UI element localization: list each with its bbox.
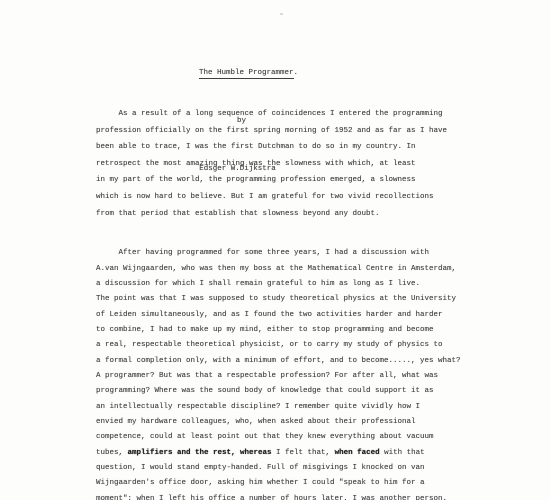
text-line: As a result of a long sequence of coinci…	[96, 106, 496, 123]
text-line: moment"; when I left his office a number…	[96, 492, 496, 500]
scan-artifact	[163, 295, 165, 297]
document-page: The Humble Programmer. by Edsger W.Dijks…	[0, 0, 550, 500]
text-line: The point was that I was supposed to stu…	[96, 292, 496, 307]
text-line: Wijngaarden's office door, asking him wh…	[96, 476, 496, 491]
text-line: in my part of the world, the programming…	[96, 172, 496, 189]
text-line: A programmer? But was that a respectable…	[96, 369, 496, 384]
text-line: profession officially on the first sprin…	[96, 123, 496, 140]
text-line: a real, respectable theoretical physicis…	[96, 338, 496, 353]
document-body: As a result of a long sequence of coinci…	[96, 106, 496, 500]
text-line: programming? Where was the sound body of…	[96, 384, 496, 399]
text-line: question, I would stand empty-handed. Fu…	[96, 461, 496, 476]
text-line: from that period that establish that slo…	[96, 206, 496, 223]
text-line: a formal completion only, with a minimum…	[96, 354, 496, 369]
text-line: of Leiden simultaneously, and as I found…	[96, 308, 496, 323]
paragraph: As a result of a long sequence of coinci…	[96, 106, 496, 222]
text-line: a discussion for which I shall remain gr…	[96, 277, 496, 292]
document-title-text: The Humble Programmer	[199, 69, 294, 79]
paragraph: After having programmed for some three y…	[96, 246, 496, 500]
text-line: envied my hardware colleagues, who, when…	[96, 415, 496, 430]
text-line: After having programmed for some three y…	[96, 246, 496, 261]
text-line: which is now hard to believe. But I am g…	[96, 189, 496, 206]
text-line: retrospect the most amazing thing was th…	[96, 156, 496, 173]
scan-artifact	[280, 13, 283, 15]
document-title-period: .	[294, 69, 299, 77]
scan-artifact	[208, 404, 210, 406]
text-line: to combine, I had to make up my mind, ei…	[96, 323, 496, 338]
document-title: The Humble Programmer.	[0, 65, 497, 81]
text-line: an intellectually respectable discipline…	[96, 400, 496, 415]
text-line: been able to trace, I was the first Dutc…	[96, 139, 496, 156]
text-line: tubes, amplifiers and the rest, whereas …	[96, 446, 496, 461]
text-line: competence, could at least point out tha…	[96, 430, 496, 445]
text-line: A.van Wijngaarden, who was then my boss …	[96, 262, 496, 277]
